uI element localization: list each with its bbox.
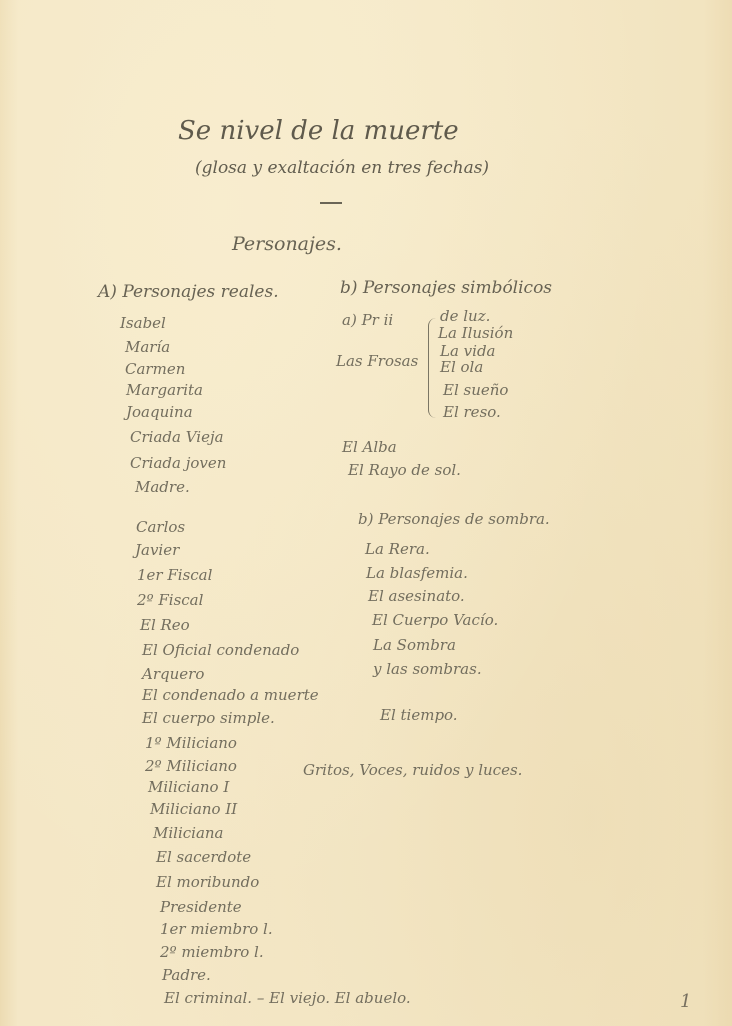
character-name: Miliciano II	[150, 802, 237, 817]
character-name: 1er miembro l.	[160, 922, 273, 937]
character-name: Javier	[135, 543, 179, 558]
character-name: 2º Fiscal	[137, 593, 203, 608]
heading-real-characters: A) Personajes reales.	[98, 284, 279, 301]
shadow-item: La Rera.	[365, 542, 430, 557]
time-item: El tiempo.	[380, 708, 458, 723]
character-name: El cuerpo simple.	[142, 711, 275, 726]
document-title: Se nivel de la muerte	[178, 118, 459, 144]
character-name: 1er Fiscal	[137, 568, 212, 583]
character-name: Isabel	[120, 316, 166, 331]
character-name: Joaquina	[126, 405, 193, 420]
manuscript-page: Se nivel de la muerte (glosa y exaltació…	[0, 0, 732, 1026]
character-name: El condenado a muerte	[142, 688, 319, 703]
shadow-item: La blasfemia.	[366, 566, 468, 581]
symbolic-item: de luz.	[440, 309, 490, 324]
character-name: Margarita	[126, 383, 203, 398]
character-name: Criada joven	[130, 456, 226, 471]
shadow-item: La Sombra	[373, 638, 456, 653]
character-name: Carlos	[136, 520, 185, 535]
page-number: 1	[680, 993, 691, 1011]
section-heading: Personajes.	[232, 235, 342, 254]
symbolic-item: El Alba	[342, 440, 397, 455]
character-name: Carmen	[125, 362, 185, 377]
character-name: María	[125, 340, 170, 355]
title-underline	[320, 202, 342, 204]
character-name: El criminal. – El viejo. El abuelo.	[164, 991, 411, 1006]
character-name: El sacerdote	[156, 850, 251, 865]
subgroup-a-label: a) Pr ii	[342, 313, 393, 328]
character-name: Miliciano I	[148, 780, 229, 795]
closing-line: Gritos, Voces, ruidos y luces.	[303, 763, 522, 778]
character-name: Criada Vieja	[130, 430, 224, 445]
character-name: Presidente	[160, 900, 242, 915]
character-name: El Reo	[140, 618, 190, 633]
symbolic-item: El Rayo de sol.	[348, 463, 461, 478]
character-name: 2º miembro l.	[160, 945, 264, 960]
character-name: Miliciana	[153, 826, 224, 841]
brace-group-label: Las Frosas	[336, 354, 418, 369]
character-name: 2º Miliciano	[145, 759, 237, 774]
character-name: El Oficial condenado	[142, 643, 299, 658]
heading-shadow-characters: b) Personajes de sombra.	[358, 512, 550, 527]
shadow-item: El Cuerpo Vacío.	[372, 613, 498, 628]
symbolic-item: El ola	[440, 360, 483, 375]
character-name: Arquero	[142, 667, 204, 682]
symbolic-item: El sueño	[443, 383, 508, 398]
symbolic-item: La Ilusión	[438, 326, 513, 341]
symbolic-item: El reso.	[443, 405, 501, 420]
character-name: El moribundo	[156, 875, 259, 890]
symbolic-item: La vida	[440, 344, 496, 359]
character-name: Madre.	[135, 480, 190, 495]
character-name: Padre.	[162, 968, 211, 983]
document-subtitle: (glosa y exaltación en tres fechas)	[195, 160, 489, 177]
curly-brace	[428, 318, 437, 418]
shadow-item: y las sombras.	[373, 662, 482, 677]
heading-symbolic-characters: b) Personajes simbólicos	[340, 280, 552, 297]
shadow-item: El asesinato.	[368, 589, 465, 604]
character-name: 1º Miliciano	[145, 736, 237, 751]
